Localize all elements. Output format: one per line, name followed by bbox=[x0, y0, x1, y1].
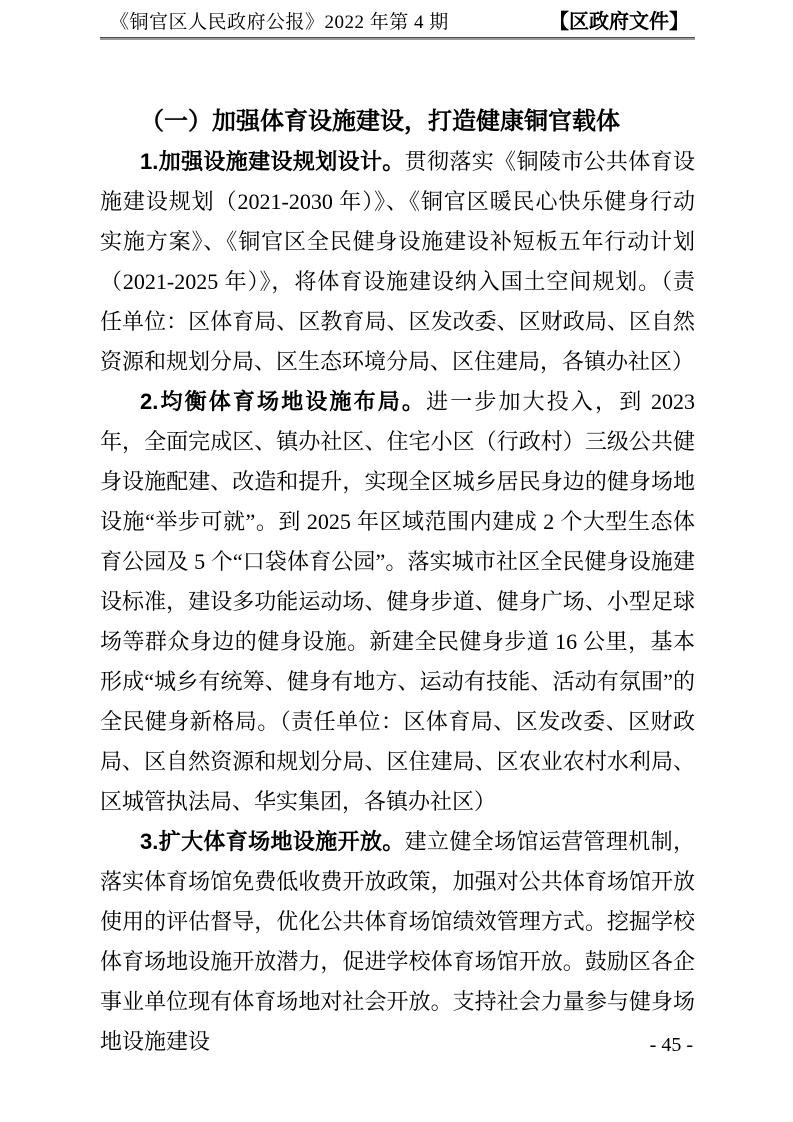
page-footer: - 45 - bbox=[100, 1032, 695, 1058]
page-number: - 45 - bbox=[650, 1034, 693, 1056]
document-page: 《铜官区人民政府公报》2022 年第 4 期 【区政府文件】 （一）加强体育设施… bbox=[0, 0, 793, 1122]
content-column: 《铜官区人民政府公报》2022 年第 4 期 【区政府文件】 （一）加强体育设施… bbox=[100, 0, 695, 1062]
document-body: （一）加强体育设施建设，打造健康铜官载体 1.加强设施建设规划设计。贯彻落实《铜… bbox=[100, 102, 695, 1062]
page-header: 《铜官区人民政府公报》2022 年第 4 期 【区政府文件】 bbox=[100, 0, 695, 34]
paragraph-1-text: 贯彻落实《铜陵市公共体育设施建设规划（2021-2030 年）》、《铜官区暖民心… bbox=[100, 149, 695, 374]
paragraph-3-lead: 3.扩大体育场地设施开放。 bbox=[140, 829, 405, 854]
paragraph-1-lead: 1.加强设施建设规划设计。 bbox=[140, 149, 405, 174]
paragraph-2: 2.均衡体育场地设施布局。进一步加大投入，到 2023 年，全面完成区、镇办社区… bbox=[100, 382, 695, 822]
gazette-title: 《铜官区人民政府公报》2022 年第 4 期 bbox=[110, 7, 449, 34]
paragraph-1: 1.加强设施建设规划设计。贯彻落实《铜陵市公共体育设施建设规划（2021-203… bbox=[100, 142, 695, 382]
paragraph-2-lead: 2.均衡体育场地设施布局。 bbox=[140, 389, 426, 414]
document-category-label: 【区政府文件】 bbox=[549, 5, 689, 34]
paragraph-2-text: 进一步加大投入，到 2023 年，全面完成区、镇办社区、住宅小区（行政村）三级公… bbox=[100, 389, 695, 814]
section-heading: （一）加强体育设施建设，打造健康铜官载体 bbox=[100, 102, 695, 142]
paragraph-3: 3.扩大体育场地设施开放。建立健全场馆运营管理机制，落实体育场馆免费低收费开放政… bbox=[100, 822, 695, 1062]
header-divider bbox=[100, 37, 695, 40]
paragraph-3-text: 建立健全场馆运营管理机制，落实体育场馆免费低收费开放政策，加强对公共体育场馆开放… bbox=[100, 829, 695, 1054]
